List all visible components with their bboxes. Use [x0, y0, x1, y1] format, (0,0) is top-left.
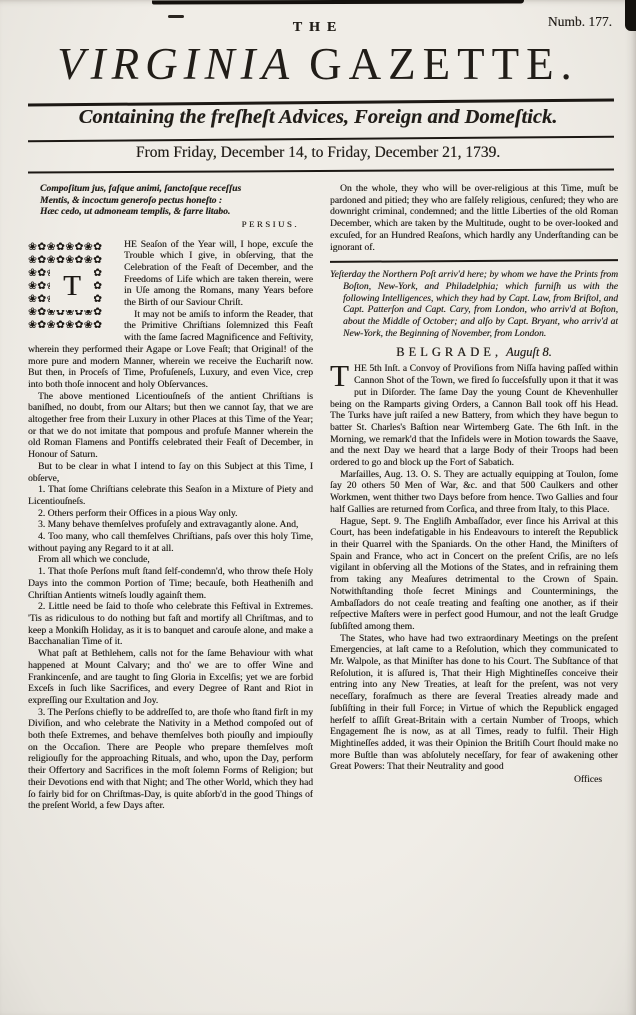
opening-paragraph: On the whole, they who will be over-reli… — [330, 183, 618, 253]
catchword: Offices — [330, 774, 602, 785]
masthead-kicker: THE — [0, 20, 636, 36]
dropcap-letter: T — [330, 363, 354, 388]
paragraph: 2. Little need be ſaid to thoſe who cele… — [28, 601, 313, 648]
paragraph: The above mentioned Licentiouſneſs of th… — [28, 391, 313, 461]
paragraph: But to be clear in what I intend to ſay … — [28, 461, 313, 484]
paragraph: Hague, Sept. 9. The Engliſh Ambaſſador, … — [330, 516, 618, 633]
ornamental-dropcap-block: ❀✿❀✿❀✿❀✿ ❀✿❀✿❀✿❀✿ ❀✿❀✿❀✿❀✿ ❀✿❀✿❀✿❀✿ ❀✿❀✿… — [28, 241, 116, 332]
ornament-dropcap: T — [50, 263, 94, 310]
masthead-dateline: From Friday, December 14, to Friday, Dec… — [0, 144, 636, 162]
belgrade-heading: BELGRADE,Auguſt 8. — [330, 345, 618, 360]
paragraph: From all which we conclude, — [28, 554, 313, 566]
paragraph: 3. Many behave themſelves profuſely and … — [28, 519, 313, 531]
belgrade-paragraph-block: T HE 5th Inſt. a Convoy of Proviſions fr… — [330, 363, 618, 468]
paragraph: 2. Others perform their Offices in a pio… — [28, 508, 313, 520]
floral-ornament-row: ❀✿❀✿❀✿❀✿ — [28, 241, 116, 254]
right-column: On the whole, they who will be over-reli… — [330, 183, 618, 1009]
paragraph: Marſailles, Aug. 13. O. S. They are actu… — [330, 469, 618, 516]
epigraph-attribution: PERSIUS. — [28, 219, 299, 229]
paragraph: Mentis, & incoctum generoſo pectus honeſ… — [40, 195, 313, 207]
post-arrival-notice: Yeſterday the Northern Poſt arriv'd here… — [330, 269, 618, 339]
left-paragraph-list: It may not be amiſs to inform the Reader… — [28, 309, 313, 812]
newspaper-page: THE Numb. 177. VIRGINIAGAZETTE. Containi… — [0, 0, 636, 1015]
paragraph: 3. The Perſons chiefly to be addreſſed t… — [28, 707, 313, 812]
scan-artifact-dash — [168, 15, 184, 18]
column-divider — [330, 259, 618, 263]
title-gazette: GAZETTE. — [309, 39, 579, 89]
heading-place: BELGRADE, — [396, 345, 502, 359]
floral-ornament-row: ❀✿❀✿❀✿❀✿ — [28, 319, 116, 332]
masthead-subtitle: Containing the freſheſt Advices, Foreign… — [0, 106, 636, 129]
issue-number: Numb. 177. — [548, 14, 612, 30]
newspaper-title: VIRGINIAGAZETTE. — [0, 38, 636, 90]
paragraph: 4. Too many, who call themſelves Chriſti… — [28, 531, 313, 554]
opening-paragraph-block: ❀✿❀✿❀✿❀✿ ❀✿❀✿❀✿❀✿ ❀✿❀✿❀✿❀✿ ❀✿❀✿❀✿❀✿ ❀✿❀✿… — [28, 239, 313, 309]
scan-artifact-top-line — [152, 0, 524, 4]
masthead-rule-bottom — [28, 168, 614, 173]
paragraph: 1. That thoſe Perſons muſt ſtand ſelf-co… — [28, 566, 313, 601]
paragraph: Compoſitum jus, faſque animi, ſanctoſque… — [40, 183, 313, 195]
latin-epigraph: Compoſitum jus, faſque animi, ſanctoſque… — [28, 183, 313, 218]
masthead-rule-middle — [28, 136, 614, 142]
paragraph: 1. That ſome Chriſtians celebrate this S… — [28, 484, 313, 507]
masthead-rule-top — [28, 98, 614, 106]
heading-date: Auguſt 8. — [506, 345, 552, 359]
paragraph: Hæc cedo, ut admoneam templis, & farre l… — [40, 206, 313, 218]
paragraph: The States, who have had two extraordina… — [330, 633, 618, 773]
left-column: Compoſitum jus, faſque animi, ſanctoſque… — [28, 183, 313, 1009]
title-virginia: VIRGINIA — [57, 39, 295, 89]
belgrade-paragraph: HE 5th Inſt. a Convoy of Proviſions from… — [330, 363, 618, 468]
paragraph: What paſt at Bethlehem, calls not for th… — [28, 648, 313, 707]
right-paragraph-list: Marſailles, Aug. 13. O. S. They are actu… — [330, 469, 618, 773]
